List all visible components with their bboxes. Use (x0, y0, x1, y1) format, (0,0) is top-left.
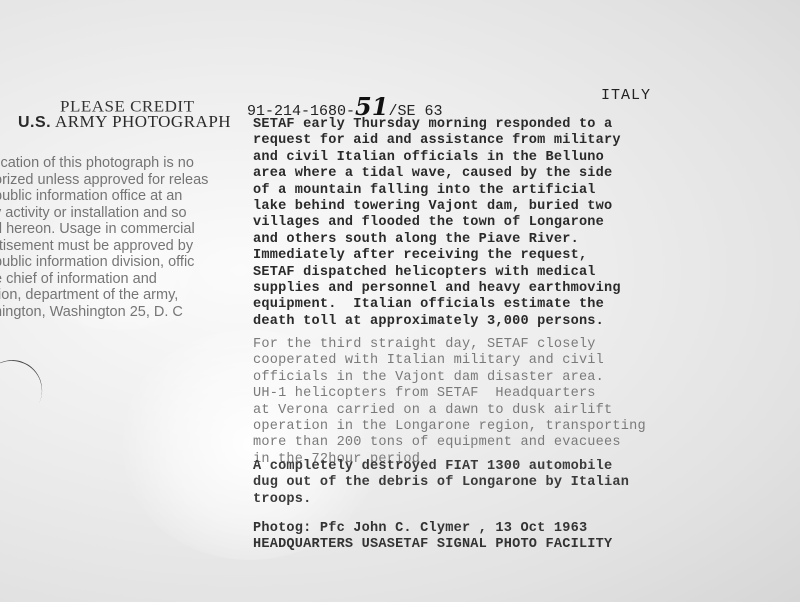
text-line: cooperated with Italian military and civ… (253, 353, 646, 369)
army-photograph-stamp: U.S. ARMY PHOTOGRAPH (18, 112, 231, 132)
text-line: of a mountain falling into the artificia… (253, 183, 621, 199)
restriction-line: public information office at an (0, 188, 260, 205)
text-line: and others south along the Piave River. (253, 232, 621, 248)
text-line: SETAF dispatched helicopters with medica… (253, 265, 621, 281)
text-line: lake behind towering Vajont dam, buried … (253, 199, 621, 215)
text-line: troops. (253, 492, 629, 508)
text-line: Immediately after receiving the request, (253, 248, 621, 264)
text-line: officials in the Vajont dam disaster are… (253, 370, 646, 386)
text-line: Photog: Pfc John C. Clymer , 13 Oct 1963 (253, 521, 612, 537)
restriction-line: d hereon. Usage in commercial (0, 221, 260, 238)
photo-credits: Photog: Pfc John C. Clymer , 13 Oct 1963… (253, 521, 612, 554)
country-label: ITALY (601, 87, 651, 104)
text-line: UH-1 helicopters from SETAF Headquarters (253, 386, 646, 402)
paper-scratch (0, 350, 52, 431)
restriction-line: y activity or installation and so (0, 205, 260, 222)
text-line: more than 200 tons of equipment and evac… (253, 435, 646, 451)
restriction-line: lication of this photograph is no (0, 155, 260, 172)
caption-paragraph-3: A completely destroyed FIAT 1300 automob… (253, 459, 629, 508)
text-line: supplies and personnel and heavy earthmo… (253, 281, 621, 297)
restriction-line: orized unless approved for releas (0, 172, 260, 189)
text-line: request for aid and assistance from mili… (253, 133, 621, 149)
restriction-line: e chief of information and (0, 271, 260, 288)
text-line: equipment. Italian officials estimate th… (253, 297, 621, 313)
text-line: area where a tidal wave, caused by the s… (253, 166, 621, 182)
restriction-notice: lication of this photograph is noorized … (0, 155, 260, 320)
text-line: villages and flooded the town of Longaro… (253, 215, 621, 231)
restriction-line: tion, department of the army, (0, 287, 260, 304)
caption-paragraph-1: SETAF early Thursday morning responded t… (253, 117, 621, 330)
us-abbrev: U.S. (18, 114, 51, 131)
text-line: death toll at approximately 3,000 person… (253, 314, 621, 330)
text-line: HEADQUARTERS USASETAF SIGNAL PHOTO FACIL… (253, 537, 612, 553)
text-line: For the third straight day, SETAF closel… (253, 337, 646, 353)
text-line: dug out of the debris of Longarone by It… (253, 475, 629, 491)
army-photograph-label: ARMY PHOTOGRAPH (55, 112, 231, 131)
text-line: SETAF early Thursday morning responded t… (253, 117, 621, 133)
restriction-line: rtisement must be approved by (0, 238, 260, 255)
caption-paragraph-2: For the third straight day, SETAF closel… (253, 337, 646, 468)
restriction-line: hington, Washington 25, D. C (0, 304, 260, 321)
text-line: at Verona carried on a dawn to dusk airl… (253, 403, 646, 419)
restriction-line: public information division, offic (0, 254, 260, 271)
text-line: and civil Italian officials in the Bellu… (253, 150, 621, 166)
text-line: operation in the Longarone region, trans… (253, 419, 646, 435)
text-line: A completely destroyed FIAT 1300 automob… (253, 459, 629, 475)
